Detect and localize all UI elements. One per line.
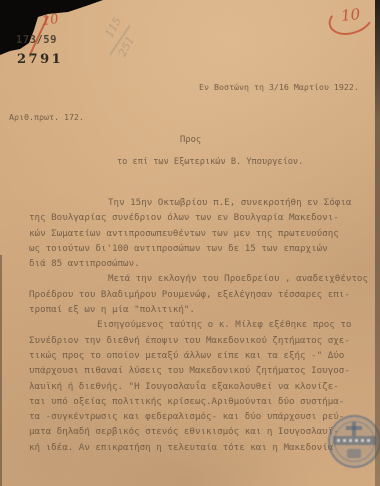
body-line: της Βουλγαρίας συνέδριον όλων των εν Βου… [29, 212, 359, 227]
archive-seal-stamp [328, 415, 380, 468]
document-page: 10 173/59 2791 115 251 10 Εν Βοστώνη τη … [0, 0, 380, 486]
seal-emblem-base [347, 449, 361, 458]
body-line: κή ιδέα. Αν επικρατήση η τελευταία τότε … [29, 442, 359, 457]
protocol-number-stamp: 2791 [17, 52, 63, 67]
body-line: λαυϊκή ή διεθνής. "Η Ιουγοσλαυΐα εξακολο… [29, 381, 359, 396]
body-line: Συνέδριον την διεθνή έποψιν του Μακεδονι… [29, 335, 359, 350]
body-line: τροπαί εξ ων η μία "πολιτική". [29, 304, 359, 319]
body-line: ματα δηλαδή σερβικός στενός εθνικισμός κ… [29, 426, 359, 441]
body-line: Την 15ην Οκτωβρίου π.Ε, συνεκροτήθη εν Σ… [29, 197, 359, 212]
red-circled-number: 10 [328, 4, 374, 34]
body-line: ται υπό οξείας πολιτικής κρίσεως.Αριθμού… [29, 396, 359, 411]
seal-emblem-icon [346, 426, 362, 430]
body-line: κών Σωματείων αντιπροσωπευθέντων των μεν… [29, 228, 359, 243]
body-line: τα -συγκέντρωσις και φεδεραλισμός- και δ… [29, 411, 359, 426]
protocol-line: Αριθ.πρωτ. 172. [9, 112, 84, 122]
salutation-pros: Προς [180, 135, 201, 145]
body-line: υπάρχουσι πιθαναί λύσεις του Μακεδονικού… [29, 365, 359, 380]
photo-edge-left [0, 255, 2, 486]
red-number-top-right: 10 [340, 5, 361, 25]
body-line: Προέδρου του Βλαδιμήρου Ρουμενώφ, εξελέγ… [29, 289, 359, 304]
seal-text-band [333, 436, 376, 445]
registry-number: 173/59 [16, 34, 57, 46]
body-line: Μετά την εκλογήν του Προεδρείου , αναδει… [29, 273, 359, 288]
letter-body: Την 15ην Οκτωβρίου π.Ε, συνεκροτήθη εν Σ… [29, 197, 359, 457]
body-line: Εισηγούμενος ταύτης ο κ. Μίλεφ εξέθηκε π… [29, 319, 359, 334]
body-line: τικώς προς το οποίον μεταξύ άλλων είπε κ… [29, 350, 359, 365]
dateline: Εν Βοστώνη τη 3/16 Μαρτίου 1922. [199, 82, 359, 92]
body-line: διά 85 αντιπροσώπων. [29, 258, 359, 273]
body-line: ως τοιούτων δι'100 αντιπροσώπων των δε 1… [29, 243, 359, 258]
recipient-line: το επί των Εξωτερικών Β. Υπουργείον. [117, 157, 303, 167]
photo-edge-right [375, 0, 380, 486]
red-number-top-left: 10 [41, 12, 60, 29]
torn-corner [0, 0, 110, 60]
